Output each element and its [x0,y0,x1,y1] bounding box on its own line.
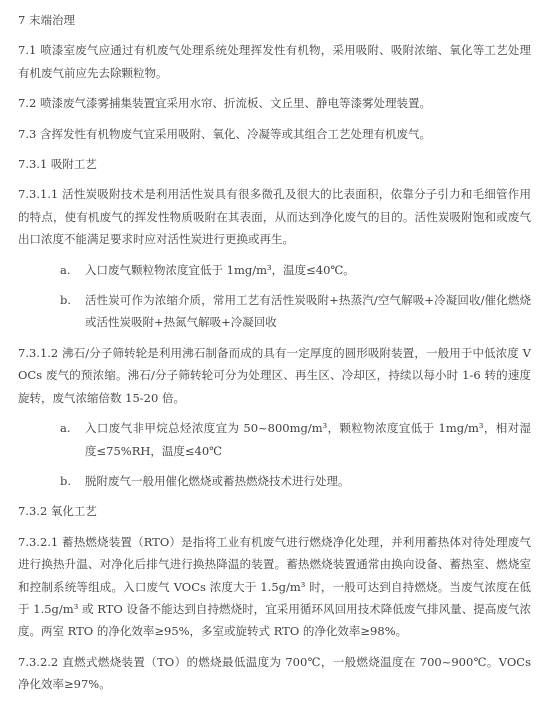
paragraph-7-3-2-1: 7.3.2.1 蓄热燃烧装置（RTO）是指将工业有机废气进行燃烧净化处理，并利用… [18,531,531,643]
list-item-b-rotor: b. 脱附废气一般用催化燃烧或蓄热燃烧技术进行处理。 [60,470,531,492]
paragraph-7-3-2-2: 7.3.2.2 直燃式燃烧装置（TO）的燃烧最低温度为 700℃，一般燃烧温度在… [18,651,531,696]
list-item-text: 入口废气颗粒物浓度宜低于 1mg/m³，温度≤40℃。 [85,259,531,281]
paragraph-7-1: 7.1 喷漆室废气应通过有机废气处理系统处理挥发性有机物，采用吸附、吸附浓缩、氧… [18,39,531,84]
paragraph-7-3: 7.3 含挥发性有机物废气宜采用吸附、氧化、冷凝等或其组合工艺处理有机废气。 [18,123,531,145]
list-marker: b. [60,470,85,492]
list-item-text: 活性炭可作为浓缩介质，常用工艺有活性炭吸附+热蒸汽/空气解吸+冷凝回收/催化燃烧… [85,289,531,334]
section-heading: 7 末端治理 [18,9,531,31]
list-item-a-adsorption: a. 入口废气颗粒物浓度宜低于 1mg/m³，温度≤40℃。 [60,259,531,281]
list-marker: b. [60,289,85,334]
subheading-7-3-1: 7.3.1 吸附工艺 [18,153,531,175]
paragraph-7-2: 7.2 喷漆废气漆雾捕集装置宜采用水帘、折流板、文丘里、静电等漆雾处理装置。 [18,92,531,114]
list-item-text: 入口废气非甲烷总烃浓度宜为 50~800mg/m³，颗粒物浓度宜低于 1mg/m… [85,417,531,462]
paragraph-7-3-1-1: 7.3.1.1 活性炭吸附技术是利用活性炭具有很多微孔及很大的比表面积，依靠分子… [18,183,531,250]
document-page: 7 末端治理 7.1 喷漆室废气应通过有机废气处理系统处理挥发性有机物，采用吸附… [0,0,549,706]
paragraph-7-3-1-2: 7.3.1.2 沸石/分子筛转轮是利用沸石制备而成的具有一定厚度的圆形吸附装置，… [18,342,531,409]
list-marker: a. [60,417,85,462]
list-item-a-rotor: a. 入口废气非甲烷总烃浓度宜为 50~800mg/m³，颗粒物浓度宜低于 1m… [60,417,531,462]
list-item-text: 脱附废气一般用催化燃烧或蓄热燃烧技术进行处理。 [85,470,531,492]
list-marker: a. [60,259,85,281]
list-item-b-adsorption: b. 活性炭可作为浓缩介质，常用工艺有活性炭吸附+热蒸汽/空气解吸+冷凝回收/催… [60,289,531,334]
subheading-7-3-2: 7.3.2 氧化工艺 [18,500,531,522]
